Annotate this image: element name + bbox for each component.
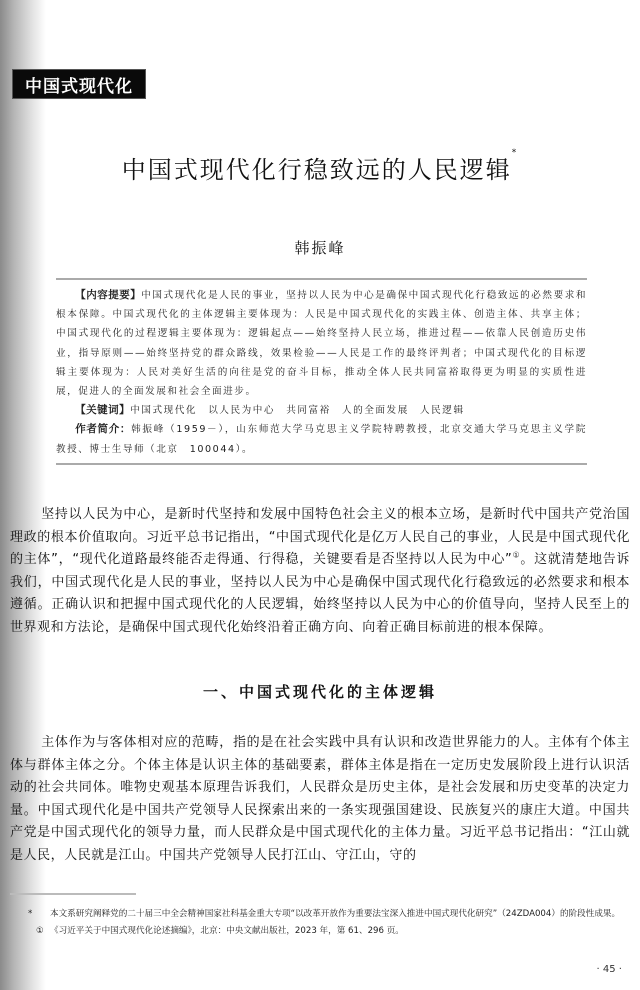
footnotes: *本文系研究阐释党的二十届三中全会精神国家社科基金重大专项“以改革开放作为重要法… xyxy=(10,906,630,939)
keyword: 人的全面发展 xyxy=(342,405,409,416)
section-tag-label: 中国式现代化 xyxy=(25,72,133,97)
author-name: 韩振峰 xyxy=(0,237,640,258)
article-title-text: 中国式现代化行稳致远的人民逻辑 xyxy=(122,156,512,184)
keyword: 中国式现代化 xyxy=(130,405,197,416)
abstract-summary-text: 中国式现代化是人民的事业，坚持以人民为中心是确保中国式现代化行稳致远的必然要求和… xyxy=(56,290,587,397)
footnote-funding-text: 本文系研究阐释党的二十届三中全会精神国家社科基金重大专项“以改革开放作为重要法宝… xyxy=(50,909,620,919)
abstract-summary: 【内容提要】中国式现代化是人民的事业，坚持以人民为中心是确保中国式现代化行稳致远… xyxy=(56,286,587,401)
title-footnote-marker[interactable]: * xyxy=(512,148,519,158)
intro-paragraph: 坚持以人民为中心，是新时代坚持和发展中国特色社会主义的根本立场，是新时代中国共产… xyxy=(10,504,630,640)
abstract-summary-label: 【内容提要】 xyxy=(75,289,141,301)
author-bio-label: 作者简介： xyxy=(75,423,131,435)
body-paragraph: 主体作为与客体相对应的范畴，指的是在社会实践中具有认识和改造世界能力的人。主体有… xyxy=(10,732,630,868)
keyword: 共同富裕 xyxy=(286,405,331,416)
footnote-1: ①《习近平关于中国式现代化论述摘编》，北京：中央文献出版社，2023 年，第 6… xyxy=(10,923,630,940)
author-bio-text: 韩振峰（1959－），山东师范大学马克思主义学院特聘教授，北京交通大学马克思主义… xyxy=(56,424,587,454)
author-bio: 作者简介：韩振峰（1959－），山东师范大学马克思主义学院特聘教授，北京交通大学… xyxy=(56,420,587,458)
footnote-1-text: 《习近平关于中国式现代化论述摘编》，北京：中央文献出版社，2023 年，第 61… xyxy=(50,926,404,936)
abstract-keywords: 【关键词】中国式现代化 以人民为中心 共同富裕 人的全面发展 人民逻辑 xyxy=(56,401,587,420)
article-title: 中国式现代化行稳致远的人民逻辑* xyxy=(0,150,640,185)
page-number: · 45 · xyxy=(597,964,622,975)
section-heading-1: 一、中国式现代化的主体逻辑 xyxy=(0,681,640,702)
footnote-star-mark: * xyxy=(28,906,50,923)
abstract-box: 【内容提要】中国式现代化是人民的事业，坚持以人民为中心是确保中国式现代化行稳致远… xyxy=(56,278,587,465)
footnote-1-mark: ① xyxy=(36,923,50,940)
keyword: 人民逻辑 xyxy=(420,405,465,416)
body-paragraph-text: 主体作为与客体相对应的范畴，指的是在社会实践中具有认识和改造世界能力的人。主体有… xyxy=(10,732,630,868)
footnote-funding: *本文系研究阐释党的二十届三中全会精神国家社科基金重大专项“以改革开放作为重要法… xyxy=(10,906,630,923)
keyword: 以人民为中心 xyxy=(208,405,275,416)
section-tag: 中国式现代化 xyxy=(12,69,146,99)
footnote-divider xyxy=(10,893,136,895)
keywords-label: 【关键词】 xyxy=(75,404,130,416)
